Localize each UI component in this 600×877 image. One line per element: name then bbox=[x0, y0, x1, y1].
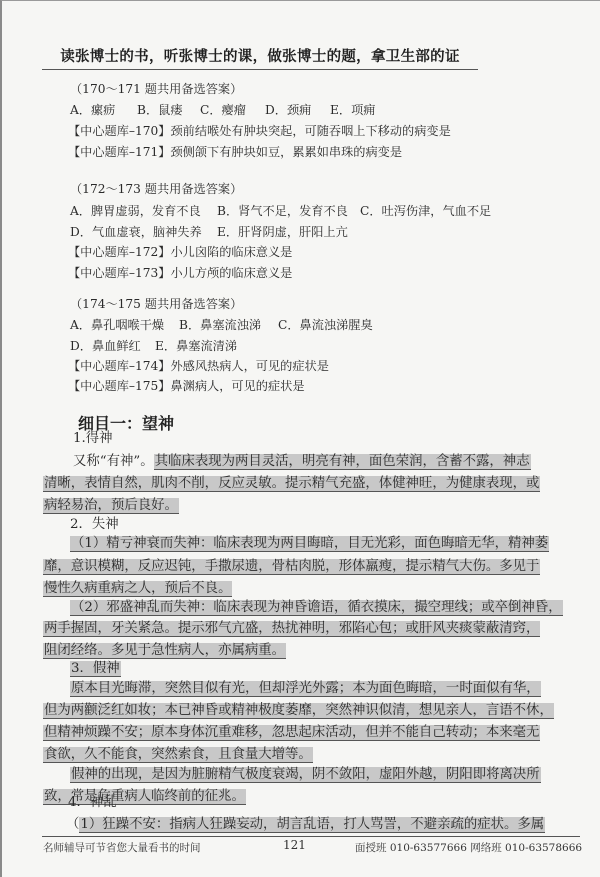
question-174: 【中心题库–174】外感风热病人，可见的症状是 bbox=[68, 358, 329, 374]
paragraph-line: （1）狂躁不安：指病人狂躁妄动，胡言乱语，打人骂詈，不避亲疏的症状。多属 bbox=[66, 815, 545, 835]
highlighted-text: 但精神烦躁不安；原本身体沉重难移，忽思起床活动，但并不能自己转动；本来毫无 bbox=[43, 725, 540, 741]
page-number: 121 bbox=[283, 838, 306, 852]
highlighted-text: 靡，意识模糊，反应迟钝，手撒尿遗，骨枯肉脱，形体羸瘦，提示精气大伤。多见于 bbox=[43, 559, 540, 575]
question-171: 【中心题库–171】颈侧颌下有肿块如豆，累累如串珠的病变是 bbox=[68, 144, 402, 160]
highlighted-text: 但为两颧泛红如妆；本已神昏或精神极度萎靡，突然神识似清，想见亲人，言语不休， bbox=[43, 703, 554, 719]
paragraph-line: 阻闭经络。多见于急性病人，亦属病重。 bbox=[43, 641, 286, 661]
highlighted-text: 慢性久病重病之人，预后不良。 bbox=[43, 581, 232, 597]
highlighted-text: 阻闭经络。多见于急性病人，亦属病重。 bbox=[43, 643, 286, 659]
paragraph-line: 清晰，表情自然，肌肉不削，反应灵敏。提示精气充盛，体健神旺，为健康表现，或 bbox=[43, 474, 540, 494]
option-e: E．鼻塞流清涕 bbox=[155, 338, 237, 354]
question-172: 【中心题库–172】小儿囟陷的临床意义是 bbox=[68, 244, 292, 260]
highlighted-text: 病轻易治，预后良好。 bbox=[43, 498, 179, 514]
highlighted-text: 3．假神 bbox=[70, 661, 121, 677]
highlighted-text: 清晰，表情自然，肌肉不削，反应灵敏。提示精气充盛，体健神旺，为健康表现，或 bbox=[43, 476, 540, 492]
footer-divider bbox=[42, 836, 580, 837]
paragraph-line: 病轻易治，预后良好。 bbox=[43, 496, 179, 516]
paragraph-line: 原本目光晦滞，突然目似有光，但却浮光外露；本为面色晦暗，一时面似有华， bbox=[70, 679, 541, 699]
paragraph-line: 假神的出现，是因为脏腑精气极度衰竭，阴不敛阳，虚阳外越，阴阳即将离决所 bbox=[70, 765, 541, 785]
footer-left-text: 名师辅导可节省您大量看书的时间 bbox=[43, 840, 201, 855]
option-a: A．瘰疬 bbox=[70, 102, 115, 118]
option-c: C．鼻流浊涕腥臭 bbox=[278, 317, 373, 333]
option-e: E．肝肾阴虚，肝阳上亢 bbox=[217, 224, 348, 240]
paragraph-line: 靡，意识模糊，反应迟钝，手撒尿遗，骨枯肉脱，形体羸瘦，提示精气大伤。多见于 bbox=[43, 557, 540, 577]
question-175: 【中心题库–175】鼻渊病人，可见的症状是 bbox=[68, 378, 305, 394]
subheading-jiashen: 3．假神 bbox=[70, 659, 121, 679]
highlighted-text: 其临床表现为两目灵活，明亮有神，面色荣润，含蓄不露，神志 bbox=[154, 454, 531, 470]
highlighted-text: （1）精亏神衰而失神：临床表现为两目晦暗，目无光彩，面色晦暗无华，精神萎 bbox=[70, 536, 549, 552]
document-page: 读张博士的书，听张博士的课，做张博士的题，拿卫生部的证 （170～171 题共用… bbox=[0, 0, 600, 877]
option-d: D．颈痈 bbox=[265, 102, 311, 118]
option-b: B．肾气不足，发育不良 bbox=[217, 203, 348, 219]
highlighted-text: （2）邪盛神乱而失神：临床表现为神昏谵语，循衣摸床，撮空理线；或卒倒神昏， bbox=[70, 600, 563, 616]
header-divider bbox=[42, 69, 478, 70]
option-c: C．瘿瘤 bbox=[200, 102, 246, 118]
paragraph-line: 又称“有神”。其临床表现为两目灵活，明亮有神，面色荣润，含蓄不露，神志 bbox=[73, 452, 531, 472]
paragraph-line: 但精神烦躁不安；原本身体沉重难移，忽思起床活动，但并不能自己转动；本来毫无 bbox=[43, 723, 540, 743]
highlighted-text: 1）狂躁不安：指病人狂躁妄动，胡言乱语，打人骂詈，不避亲疏的症状。多属 bbox=[79, 817, 545, 833]
paragraph-line: 慢性久病重病之人，预后不良。 bbox=[43, 579, 232, 599]
highlighted-text: 假神的出现，是因为脏腑精气极度衰竭，阴不敛阳，虚阳外越，阴阳即将离决所 bbox=[70, 767, 541, 783]
subheading-shishen: 2．失神 bbox=[70, 515, 119, 535]
group-intro: （174～175 题共用备选答案） bbox=[70, 296, 242, 312]
group-intro: （172～173 题共用备选答案） bbox=[70, 181, 242, 197]
option-b: B．鼠瘘 bbox=[137, 102, 183, 118]
footer-contact: 面授班 010-63577666 网络班 010-63578666 bbox=[355, 840, 582, 855]
highlighted-text: 食欲，久不能食，突然索食，且食量大增等。 bbox=[43, 747, 313, 763]
option-c: C．吐泻伤津，气血不足 bbox=[360, 203, 491, 219]
page-header-title: 读张博士的书，听张博士的课，做张博士的题，拿卫生部的证 bbox=[42, 45, 478, 66]
subheading-deshen: 1.得神 bbox=[73, 429, 113, 449]
option-e: E．项痈 bbox=[330, 102, 375, 118]
highlighted-text: 原本目光晦滞，突然目似有光，但却浮光外露；本为面色晦暗，一时面似有华， bbox=[70, 681, 541, 697]
question-170: 【中心题库–170】颈前结喉处有肿块突起，可随吞咽上下移动的病变是 bbox=[68, 123, 451, 139]
option-d: D．气血虚衰，脑神失养 bbox=[70, 224, 202, 240]
option-d: D．鼻血鲜红 bbox=[70, 338, 141, 354]
highlighted-text: 两手握固，牙关紧急。提示邪气亢盛，热扰神明，邪陷心包；或肝风夹痰蒙蔽清窍， bbox=[43, 621, 540, 637]
paragraph-line: 食欲，久不能食，突然索食，且食量大增等。 bbox=[43, 745, 313, 765]
paragraph-line: （1）精亏神衰而失神：临床表现为两目晦暗，目无光彩，面色晦暗无华，精神萎 bbox=[70, 534, 549, 554]
group-intro: （170～171 题共用备选答案） bbox=[70, 81, 242, 97]
plain-text: （ bbox=[66, 817, 79, 832]
plain-text: 又称“有神”。 bbox=[73, 454, 154, 469]
paragraph-line: 两手握固，牙关紧急。提示邪气亢盛，热扰神明，邪陷心包；或肝风夹痰蒙蔽清窍， bbox=[43, 619, 540, 639]
option-a: A．鼻孔咽喉干燥 bbox=[70, 317, 164, 333]
paragraph-line: （2）邪盛神乱而失神：临床表现为神昏谵语，循衣摸床，撮空理线；或卒倒神昏， bbox=[70, 598, 563, 618]
question-173: 【中心题库–173】小儿方颅的临床意义是 bbox=[68, 265, 292, 281]
option-a: A．脾胃虚弱，发育不良 bbox=[70, 203, 201, 219]
option-b: B．鼻塞流浊涕 bbox=[179, 317, 261, 333]
subheading-shenluan: 4．神乱 bbox=[68, 793, 117, 813]
paragraph-line: 但为两颧泛红如妆；本已神昏或精神极度萎靡，突然神识似清，想见亲人，言语不休， bbox=[43, 701, 554, 721]
